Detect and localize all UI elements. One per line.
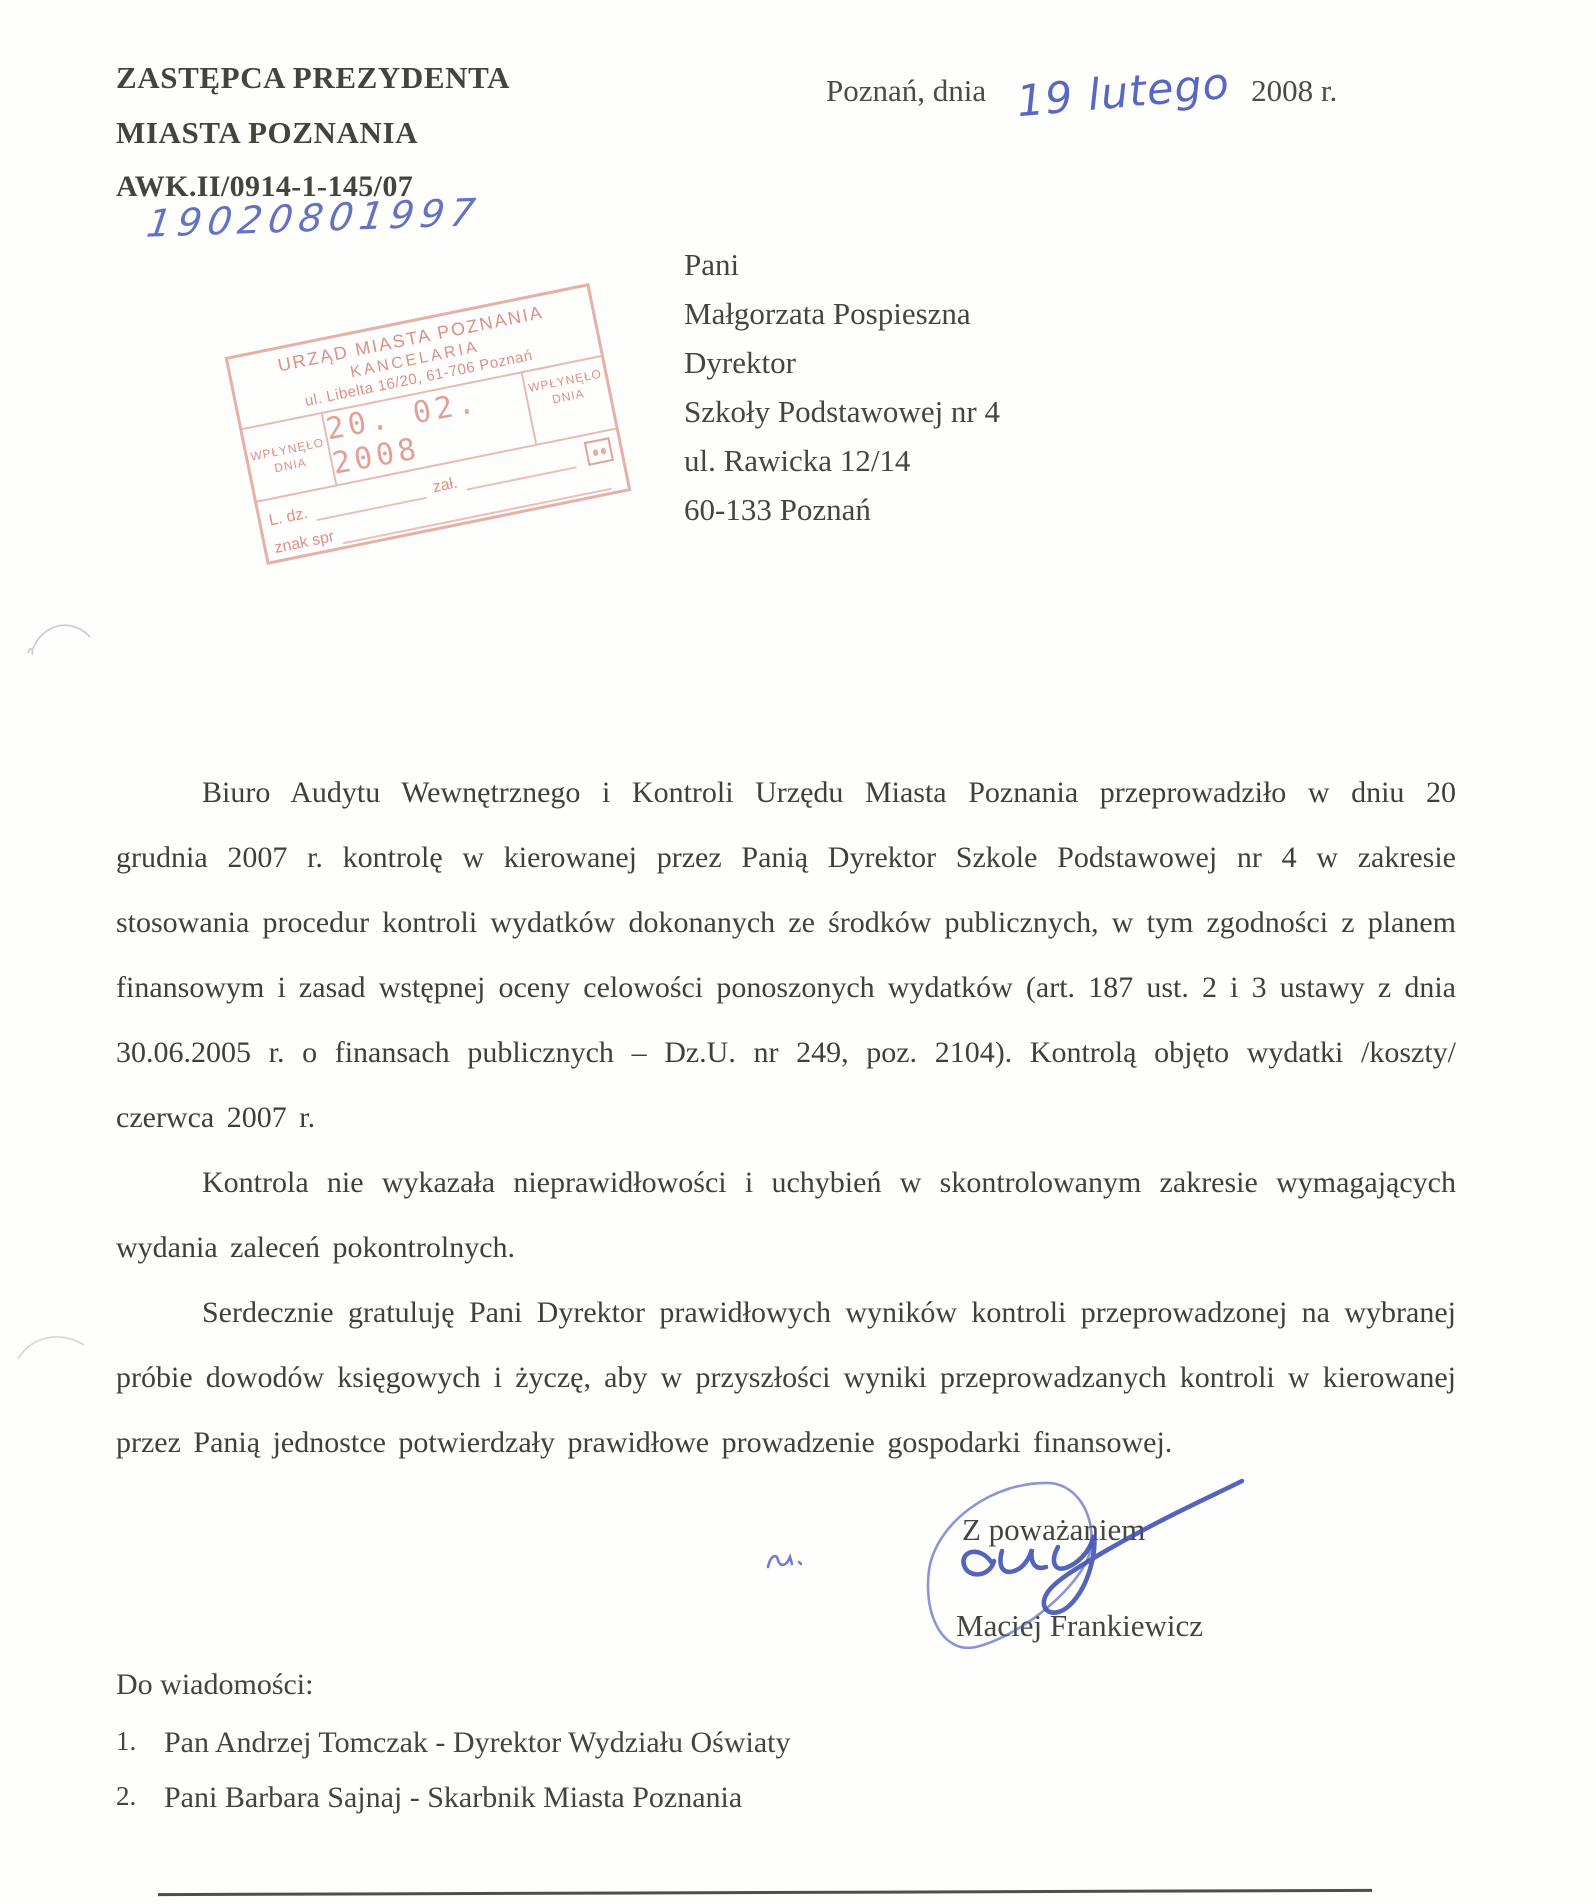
distribution-heading: Do wiadomości: [116,1668,790,1702]
body-paragraph-3: Serdecznie gratuluję Pani Dyrektor prawi… [116,1280,1456,1475]
list-item-text: Pani Barbara Sajnaj - Skarbnik Miasta Po… [164,1781,742,1815]
list-item: 2. Pani Barbara Sajnaj - Skarbnik Miasta… [116,1781,790,1815]
letter-body: Biuro Audytu Wewnętrznego i Kontroli Urz… [116,760,1456,1475]
signature-flourish-stroke [963,1481,1242,1613]
scan-artifact-arc [20,615,100,660]
sender-title-line1: ZASTĘPCA PREZYDENTA [116,60,510,96]
dateline: Poznań, dnia 19 lutego 2008 r. [826,62,1337,112]
sender-title-line2: MIASTA POZNANIA [116,115,510,151]
recipient-city: 60-133 Poznań [684,485,1000,534]
scan-artifact-arc [12,1325,92,1370]
body-paragraph-1: Biuro Audytu Wewnętrznego i Kontroli Urz… [116,760,1456,1150]
stamp-ldz-label: L. dz. [268,505,310,530]
recipient-block: Pani Małgorzata Pospieszna Dyrektor Szko… [684,240,1000,534]
handwritten-date: 19 lutego [1015,59,1232,127]
recipient-name: Małgorzata Pospieszna [684,289,1000,338]
stamp-initials-box [584,437,614,466]
scanned-letter-page: ZASTĘPCA PREZYDENTA MIASTA POZNANIA AWK.… [0,0,1596,1904]
list-item-number: 1. [116,1726,164,1760]
list-item-number: 2. [116,1781,164,1815]
sender-block: ZASTĘPCA PREZYDENTA MIASTA POZNANIA AWK.… [116,60,510,204]
registry-stamp: URZĄD MIASTA POZNANIA KANCELARIA ul. Lib… [225,283,632,565]
list-item-text: Pan Andrzej Tomczak - Dyrektor Wydziału … [164,1726,790,1760]
recipient-title: Dyrektor [684,338,1000,387]
stamp-received-label-left: WPŁYNĘŁO DNIA [243,414,338,501]
dateline-suffix: 2008 r. [1251,73,1337,108]
recipient-salutation: Pani [684,240,1000,289]
bottom-rule [158,1889,1372,1896]
body-paragraph-2: Kontrola nie wykazała nieprawidłowości i… [116,1150,1456,1280]
distribution-list: Do wiadomości: 1. Pan Andrzej Tomczak - … [116,1668,790,1836]
list-item: 1. Pan Andrzej Tomczak - Dyrektor Wydzia… [116,1726,790,1760]
recipient-street: ul. Rawicka 12/14 [684,436,1000,485]
handwritten-signature [740,1455,1300,1715]
dateline-prefix: Poznań, dnia [826,73,986,108]
recipient-institution: Szkoły Podstawowej nr 4 [684,387,1000,436]
signature-paraph-mark [768,1556,801,1567]
stamp-zal-label: zał. [431,475,459,498]
stamp-znak-label: znak spr [273,528,336,558]
stamp-received-label-right: WPŁYNĘŁO DNIA [521,357,616,444]
